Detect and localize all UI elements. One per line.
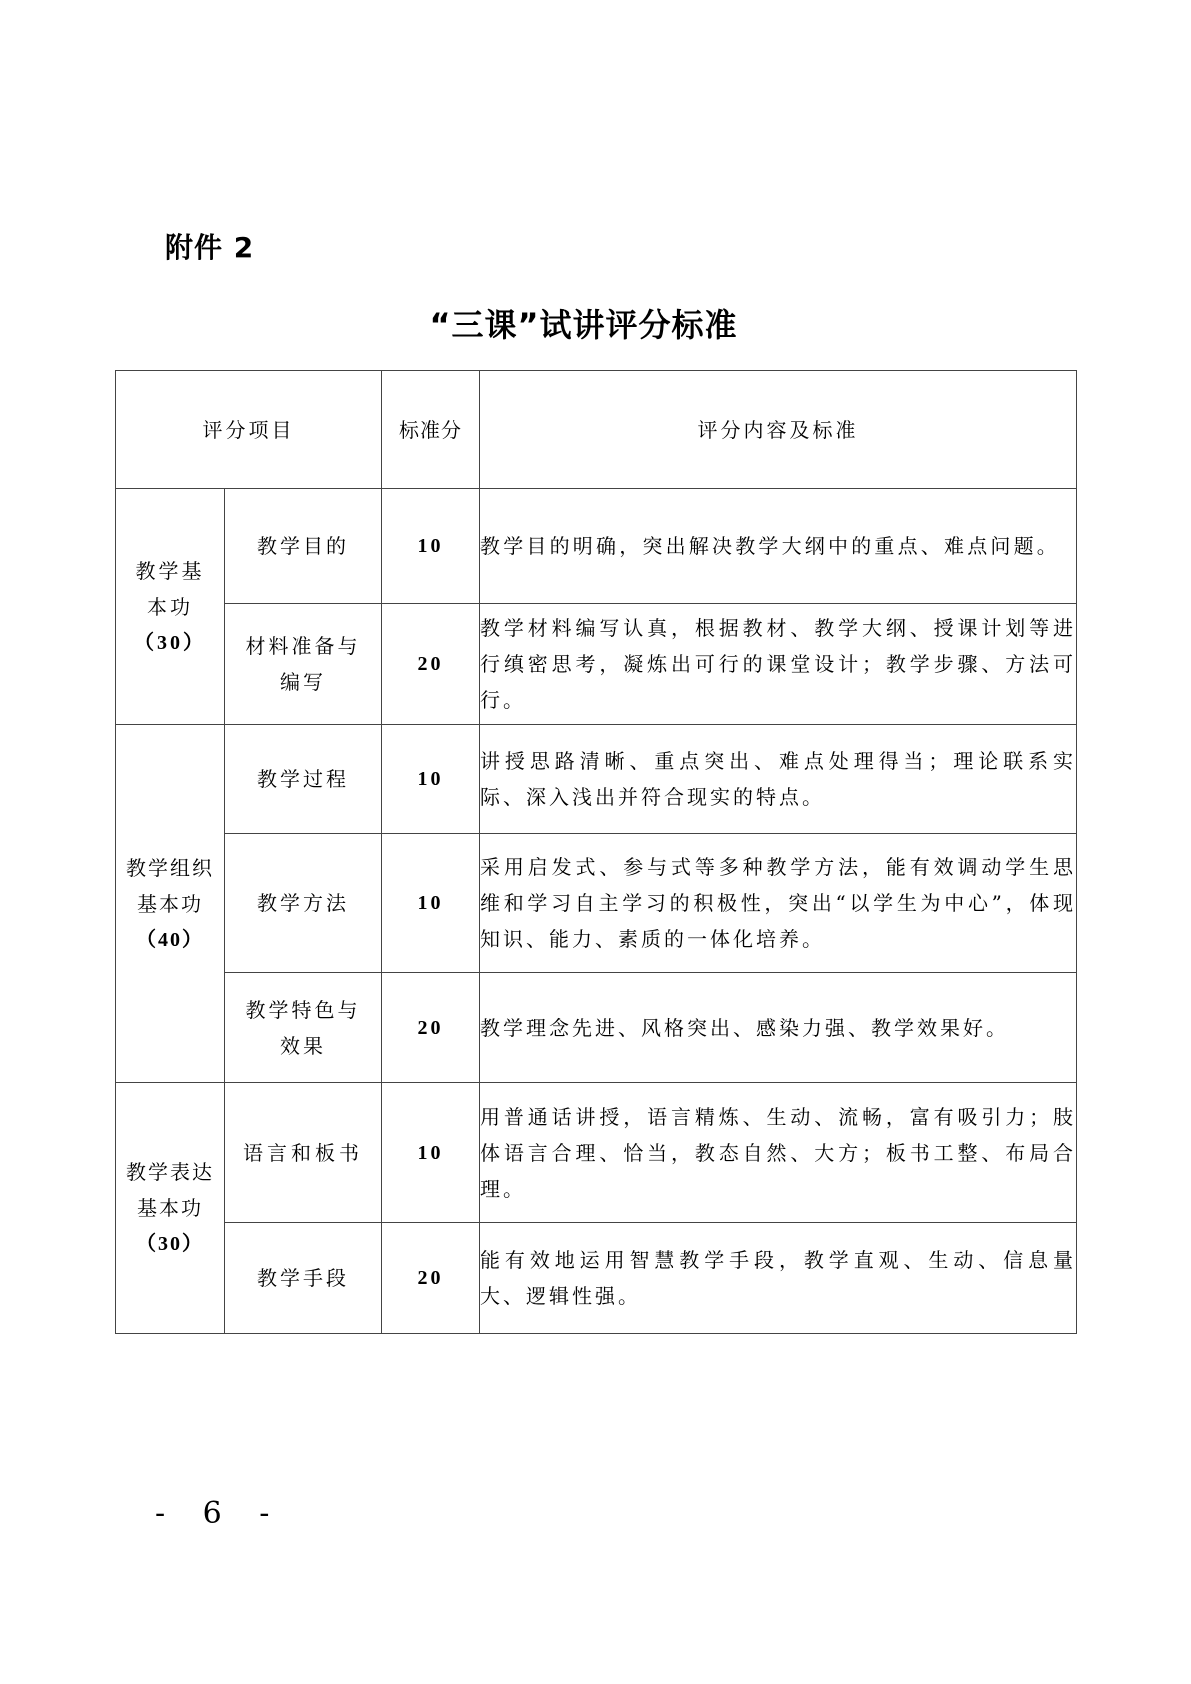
item-line: 教学特色与 [225, 992, 381, 1028]
score-cell: 10 [382, 489, 480, 604]
criteria-cell: 讲授思路清晰、重点突出、难点处理得当；理论联系实际、深入浅出并符合现实的特点。 [480, 725, 1077, 834]
criteria-text: 用普通话讲授，语言精炼、生动、流畅，富有吸引力；肢体语言合理、恰当，教态自然、大… [480, 1099, 1076, 1207]
criteria-cell: 教学理念先进、风格突出、感染力强、教学效果好。 [480, 973, 1077, 1083]
document-title-text: “三课”试讲评分标准 [429, 306, 737, 344]
score-cell: 10 [382, 834, 480, 973]
score-cell: 10 [382, 1083, 480, 1223]
item-cell: 教学目的 [225, 489, 382, 604]
attachment-label: 附件 2 [165, 226, 254, 266]
criteria-cell: 教学目的明确，突出解决教学大纲中的重点、难点问题。 [480, 489, 1077, 604]
item-cell: 教学特色与 效果 [225, 973, 382, 1083]
item-line: 编写 [225, 664, 381, 700]
score-cell: 10 [382, 725, 480, 834]
table-row: 教学表达 基本功 （30） 语言和板书 10 用普通话讲授，语言精炼、生动、流畅… [116, 1083, 1077, 1223]
category-line: 基本功 [116, 886, 224, 922]
category-cell: 教学基 本功 （30） [116, 489, 225, 725]
item-cell: 语言和板书 [225, 1083, 382, 1223]
criteria-text: 教学目的明确，突出解决教学大纲中的重点、难点问题。 [480, 528, 1076, 564]
criteria-text: 教学材料编写认真，根据教材、教学大纲、授课计划等进行缜密思考，凝炼出可行的课堂设… [480, 610, 1076, 718]
category-line: 教学组织 [116, 850, 224, 886]
item-line: 教学手段 [225, 1260, 381, 1296]
table-row: 教学特色与 效果 20 教学理念先进、风格突出、感染力强、教学效果好。 [116, 973, 1077, 1083]
table-row: 教学组织 基本功 （40） 教学过程 10 讲授思路清晰、重点突出、难点处理得当… [116, 725, 1077, 834]
category-line: 本功 [116, 589, 224, 625]
item-line: 教学过程 [225, 761, 381, 797]
category-points: （30） [116, 1226, 224, 1262]
criteria-cell: 用普通话讲授，语言精炼、生动、流畅，富有吸引力；肢体语言合理、恰当，教态自然、大… [480, 1083, 1077, 1223]
header-criteria: 评分内容及标准 [480, 371, 1077, 489]
item-line: 效果 [225, 1028, 381, 1064]
score-cell: 20 [382, 1223, 480, 1334]
item-cell: 教学手段 [225, 1223, 382, 1334]
table-row: 材料准备与 编写 20 教学材料编写认真，根据教材、教学大纲、授课计划等进行缜密… [116, 604, 1077, 725]
scoring-table: 评分项目 标准分 评分内容及标准 教学基 本功 （30） 教学目的 10 教学目… [115, 370, 1077, 1334]
item-line: 教学目的 [225, 528, 381, 564]
score-cell: 20 [382, 604, 480, 725]
category-cell: 教学表达 基本功 （30） [116, 1083, 225, 1334]
criteria-cell: 教学材料编写认真，根据教材、教学大纲、授课计划等进行缜密思考，凝炼出可行的课堂设… [480, 604, 1077, 725]
category-line: 教学表达 [116, 1154, 224, 1190]
criteria-text: 能有效地运用智慧教学手段，教学直观、生动、信息量大、逻辑性强。 [480, 1242, 1076, 1314]
item-line: 语言和板书 [225, 1135, 381, 1171]
page-number: - 6 - [155, 1496, 283, 1531]
criteria-text: 采用启发式、参与式等多种教学方法，能有效调动学生思维和学习自主学习的积极性，突出… [480, 849, 1076, 957]
table-row: 教学手段 20 能有效地运用智慧教学手段，教学直观、生动、信息量大、逻辑性强。 [116, 1223, 1077, 1334]
item-line: 材料准备与 [225, 628, 381, 664]
item-line: 教学方法 [225, 885, 381, 921]
table-row: 教学基 本功 （30） 教学目的 10 教学目的明确，突出解决教学大纲中的重点、… [116, 489, 1077, 604]
item-cell: 教学过程 [225, 725, 382, 834]
category-points: （40） [116, 922, 224, 958]
item-cell: 教学方法 [225, 834, 382, 973]
category-points: （30） [116, 625, 224, 661]
category-line: 基本功 [116, 1190, 224, 1226]
category-line: 教学基 [116, 553, 224, 589]
criteria-cell: 采用启发式、参与式等多种教学方法，能有效调动学生思维和学习自主学习的积极性，突出… [480, 834, 1077, 973]
document-title: “三课”试讲评分标准 [0, 300, 1191, 346]
header-score: 标准分 [382, 371, 480, 489]
table-header-row: 评分项目 标准分 评分内容及标准 [116, 371, 1077, 489]
item-cell: 材料准备与 编写 [225, 604, 382, 725]
criteria-text: 教学理念先进、风格突出、感染力强、教学效果好。 [480, 1010, 1076, 1046]
table-row: 教学方法 10 采用启发式、参与式等多种教学方法，能有效调动学生思维和学习自主学… [116, 834, 1077, 973]
header-item: 评分项目 [116, 371, 382, 489]
category-cell: 教学组织 基本功 （40） [116, 725, 225, 1083]
criteria-text: 讲授思路清晰、重点突出、难点处理得当；理论联系实际、深入浅出并符合现实的特点。 [480, 743, 1076, 815]
score-cell: 20 [382, 973, 480, 1083]
criteria-cell: 能有效地运用智慧教学手段，教学直观、生动、信息量大、逻辑性强。 [480, 1223, 1077, 1334]
